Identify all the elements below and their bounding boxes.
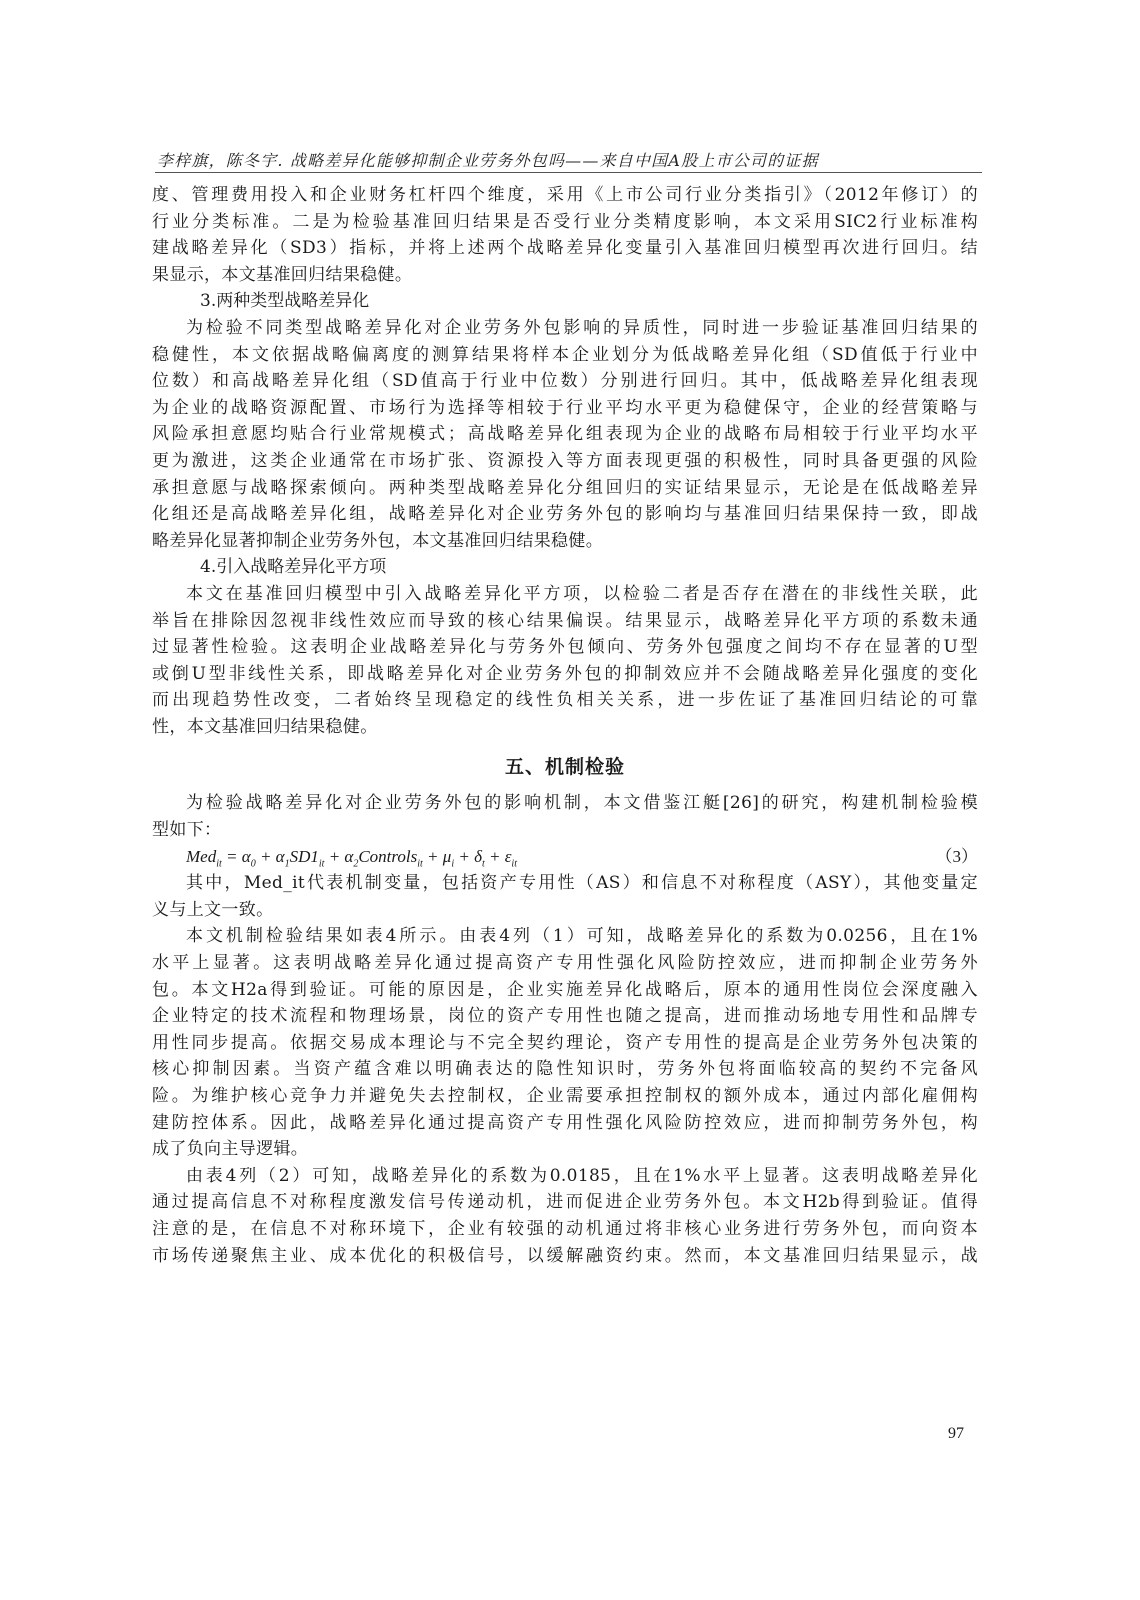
text-line: 略差异化显著抑制企业劳务外包，本文基准回归结果稳健。: [152, 528, 978, 555]
text-line: 其中，Med_it代表机制变量，包括资产专用性（AS）和信息不对称程度（ASY）…: [152, 870, 978, 897]
text-line: 建战略差异化（SD3）指标，并将上述两个战略差异化变量引入基准回归模型再次进行回…: [152, 235, 978, 262]
body-text: 度、管理费用投入和企业财务杠杆四个维度，采用《上市公司行业分类指引》（2012年…: [152, 182, 978, 1269]
text-line: 用性同步提高。依据交易成本理论与不完全契约理论，资产专用性的提高是企业劳务外包决…: [152, 1030, 978, 1057]
text-line: 核心抑制因素。当资产蕴含难以明确表达的隐性知识时，劳务外包将面临较高的契约不完备…: [152, 1056, 978, 1083]
text-line: 为检验战略差异化对企业劳务外包的影响机制，本文借鉴江艇[26]的研究，构建机制检…: [152, 790, 978, 817]
text-line: 成了负向主导逻辑。: [152, 1136, 978, 1163]
text-line: 度、管理费用投入和企业财务杠杆四个维度，采用《上市公司行业分类指引》（2012年…: [152, 182, 978, 209]
equation-number: （3）: [936, 844, 979, 871]
running-head: 李梓旗，陈冬宇. 战略差异化能够抑制企业劳务外包吗——来自中国A股上市公司的证据: [157, 148, 982, 171]
text-line: 为企业的战略资源配置、市场行为选择等相较于行业平均水平更为稳健保守，企业的经营策…: [152, 395, 978, 422]
text-line: 性，本文基准回归结果稳健。: [152, 714, 978, 741]
text-line: 包。本文H2a得到验证。可能的原因是，企业实施差异化战略后，原本的通用性岗位会深…: [152, 977, 978, 1004]
subsection-heading-4: 4.引入战略差异化平方项: [152, 554, 978, 581]
text-line: 行业分类标准。二是为检验基准回归结果是否受行业分类精度影响，本文采用SIC2行业…: [152, 209, 978, 236]
text-line: 建防控体系。因此，战略差异化通过提高资产专用性强化风险防控效应，进而抑制劳务外包…: [152, 1110, 978, 1137]
text-line: 水平上显著。这表明战略差异化通过提高资产专用性强化风险防控效应，进而抑制企业劳务…: [152, 950, 978, 977]
text-line: 注意的是，在信息不对称环境下，企业有较强的动机通过将非核心业务进行劳务外包，而向…: [152, 1216, 978, 1243]
text-line: 型如下：: [152, 817, 978, 844]
text-line: 险。为维护核心竞争力并避免失去控制权，企业需要承担控制权的额外成本，通过内部化雇…: [152, 1083, 978, 1110]
text-line: 风险承担意愿均贴合行业常规模式；高战略差异化组表现为企业的战略布局相较于行业平均…: [152, 421, 978, 448]
text-line: 更为激进，这类企业通常在市场扩张、资源投入等方面表现更强的积极性，同时具备更强的…: [152, 448, 978, 475]
subsection-heading-3: 3.两种类型战略差异化: [152, 288, 978, 315]
text-line: 企业特定的技术流程和物理场景，岗位的资产专用性也随之提高，进而推动场地专用性和品…: [152, 1003, 978, 1030]
text-line: 举旨在排除因忽视非线性效应而导致的核心结果偏误。结果显示，战略差异化平方项的系数…: [152, 608, 978, 635]
text-line: 市场传递聚焦主业、成本优化的积极信号，以缓解融资约束。然而，本文基准回归结果显示…: [152, 1243, 978, 1270]
text-line: 由表4列（2）可知，战略差异化的系数为0.0185，且在1%水平上显著。这表明战…: [152, 1163, 978, 1190]
text-line: 通过提高信息不对称程度激发信号传递动机，进而促进企业劳务外包。本文H2b得到验证…: [152, 1189, 978, 1216]
text-line: 本文在基准回归模型中引入战略差异化平方项，以检验二者是否存在潜在的非线性关联，此: [152, 581, 978, 608]
text-line: 或倒U型非线性关系，即战略差异化对企业劳务外包的抑制效应并不会随战略差异化强度的…: [152, 661, 978, 688]
page-number: 97: [948, 1425, 964, 1443]
equation-3: Medit = α0 + α1SD1it + α2Controlsit + μi…: [152, 844, 978, 871]
text-line: 稳健性，本文依据战略偏离度的测算结果将样本企业划分为低战略差异化组（SD值低于行…: [152, 342, 978, 369]
equation-body: Medit = α0 + α1SD1it + α2Controlsit + μi…: [186, 847, 517, 866]
text-line: 而出现趋势性改变，二者始终呈现稳定的线性负相关关系，进一步佐证了基准回归结论的可…: [152, 687, 978, 714]
text-line: 承担意愿与战略探索倾向。两种类型战略差异化分组回归的实证结果显示，无论是在低战略…: [152, 475, 978, 502]
text-line: 果显示，本文基准回归结果稳健。: [152, 262, 978, 289]
text-line: 过显著性检验。这表明企业战略差异化与劳务外包倾向、劳务外包强度之间均不存在显著的…: [152, 634, 978, 661]
text-line: 位数）和高战略差异化组（SD值高于行业中位数）分别进行回归。其中，低战略差异化组…: [152, 368, 978, 395]
text-line: 化组还是高战略差异化组，战略差异化对企业劳务外包的影响均与基准回归结果保持一致，…: [152, 501, 978, 528]
text-line: 义与上文一致。: [152, 897, 978, 924]
paper-page: 李梓旗，陈冬宇. 战略差异化能够抑制企业劳务外包吗——来自中国A股上市公司的证据…: [0, 0, 1140, 1600]
text-line: 本文机制检验结果如表4所示。由表4列（1）可知，战略差异化的系数为0.0256，…: [152, 923, 978, 950]
section-title: 五、机制检验: [152, 744, 978, 790]
text-line: 为检验不同类型战略差异化对企业劳务外包影响的异质性，同时进一步验证基准回归结果的: [152, 315, 978, 342]
header-rule: [155, 172, 982, 173]
